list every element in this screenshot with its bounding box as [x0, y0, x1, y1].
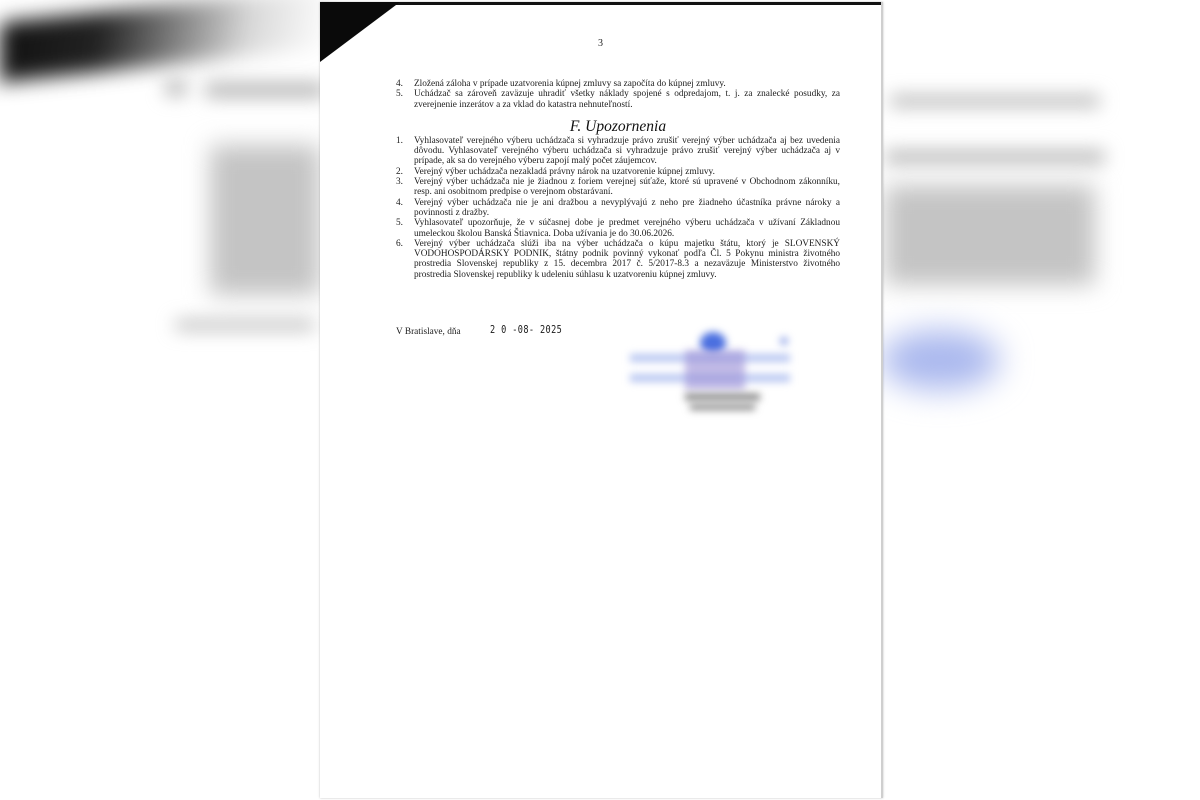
item-number: 4.: [396, 79, 403, 89]
page-number: 3: [320, 38, 881, 49]
item-number: 2.: [396, 167, 403, 177]
item-text: Verejný výber uchádzača slúži iba na výb…: [414, 239, 840, 280]
list-item: 1.Vyhlasovateľ verejného výberu uchádzač…: [396, 136, 840, 167]
list-item: 4.Verejný výber uchádzača nie je ani dra…: [396, 198, 840, 219]
intro-list: 4.Zložená záloha v prípade uzatvorenia k…: [396, 79, 840, 110]
list-item: 5.Vyhlasovateľ upozorňuje, že v súčasnej…: [396, 218, 840, 239]
folded-corner: [320, 2, 400, 62]
item-text: Verejný výber uchádzača nezakladá právny…: [414, 167, 715, 177]
item-number: 1.: [396, 136, 403, 146]
list-item: 3.Verejný výber uchádzača nie je žiadnou…: [396, 177, 840, 198]
stamp-mark-icon: [780, 337, 788, 345]
list-item: 4.Zložená záloha v prípade uzatvorenia k…: [396, 79, 840, 89]
backdrop-text: [175, 320, 315, 330]
signature-stroke: [685, 350, 745, 390]
warnings-list: 1.Vyhlasovateľ verejného výberu uchádzač…: [396, 136, 840, 280]
date-stamp: 2 0 -08- 2025: [490, 323, 562, 336]
item-text: Zložená záloha v prípade uzatvorenia kúp…: [414, 79, 726, 89]
signature-stamp-redacted: [630, 332, 800, 442]
backdrop-text: [885, 150, 1105, 164]
signer-title-blur: [690, 404, 755, 410]
section-title: F. Upozornenia: [396, 118, 840, 136]
item-text: Vyhlasovateľ verejného výberu uchádzača …: [414, 136, 840, 167]
backdrop-signature: [880, 330, 1000, 390]
signer-name-blur: [685, 394, 760, 400]
item-number: 6.: [396, 239, 403, 249]
list-item: 6.Verejný výber uchádzača slúži iba na v…: [396, 239, 840, 280]
item-number: 5.: [396, 218, 403, 228]
item-number: 4.: [396, 198, 403, 208]
backdrop-text: [165, 80, 187, 96]
item-text: Vyhlasovateľ upozorňuje, že v súčasnej d…: [414, 218, 840, 238]
list-item: 2.Verejný výber uchádzača nezakladá práv…: [396, 167, 840, 177]
backdrop-text: [210, 145, 320, 295]
backdrop-shadow: [0, 0, 330, 82]
item-text: Uchádzač sa zároveň zaväzuje uhradiť vše…: [414, 89, 840, 109]
scan-edge: [320, 2, 881, 5]
item-text: Verejný výber uchádzača nie je žiadnou z…: [414, 177, 840, 197]
item-number: 5.: [396, 89, 403, 99]
list-item: 5.Uchádzač sa zároveň zaväzuje uhradiť v…: [396, 89, 840, 110]
item-text: Verejný výber uchádzača nie je ani dražb…: [414, 198, 840, 218]
place-label: V Bratislave, dňa: [396, 327, 461, 337]
item-number: 3.: [396, 177, 403, 187]
scanned-page: 3 4.Zložená záloha v prípade uzatvorenia…: [320, 2, 883, 798]
backdrop-text: [890, 95, 1100, 107]
backdrop-text: [205, 82, 325, 98]
page-content: 4.Zložená záloha v prípade uzatvorenia k…: [396, 79, 840, 280]
backdrop-text: [885, 185, 1095, 285]
